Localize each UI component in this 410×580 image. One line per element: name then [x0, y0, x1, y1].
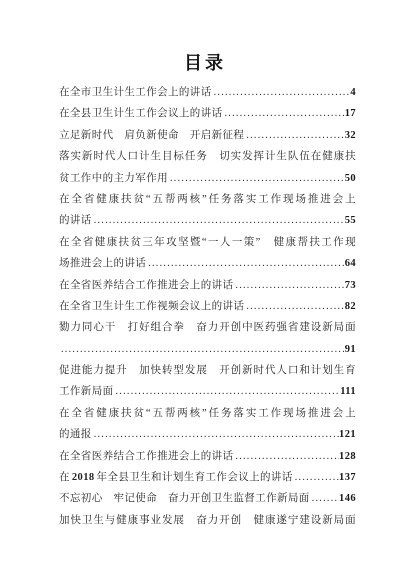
toc-entry-text: 加快卫生与健康事业发展 奋力开创 健康遂宁建设新局面	[59, 515, 356, 526]
toc-entry-text: 在全省健康扶贫“五帮两核”任务落实工作现场推进会上	[59, 194, 356, 205]
toc-line[interactable]: 在全省健康扶贫“五帮两核”任务落实工作现场推进会上	[59, 189, 356, 210]
page-number: 17	[345, 103, 356, 124]
page-number: 50	[345, 168, 356, 189]
dot-leader: ........................................…	[233, 446, 339, 467]
toc-entry-text: 的通报	[59, 424, 92, 445]
toc-entry-text: 在全县卫生计生工作会议上的讲话	[59, 103, 223, 124]
toc-line[interactable]: ........................................…	[59, 339, 356, 360]
toc-line[interactable]: 在2018年全县卫生和计划生育工作会议上的讲话.................…	[59, 467, 356, 488]
toc-entry-text: 贫工作中的主力军作用	[59, 168, 168, 189]
page-number: 64	[345, 253, 356, 274]
page-number: 146	[339, 488, 356, 509]
page-number: 128	[339, 446, 356, 467]
page-number: 55	[345, 210, 356, 231]
dot-leader: ........................................…	[244, 125, 344, 146]
toc-entry-text: 在全省医养结合工作推进会上的讲话	[59, 275, 233, 296]
toc-line[interactable]: 工作新局面...................................…	[59, 381, 356, 402]
dot-leader: ........................................…	[244, 296, 344, 317]
page-number: 82	[345, 296, 356, 317]
page-title: 目录	[0, 53, 410, 74]
toc-entry-text: 在2018年全县卫生和计划生育工作会议上的讲话	[59, 467, 293, 488]
toc-line[interactable]: 的讲话.....................................…	[59, 210, 356, 231]
toc-line[interactable]: 在全省健康扶贫“五帮两核”任务落实工作现场推进会上	[59, 403, 356, 424]
toc-entry-text: 勠力同心干 打好组合拳 奋力开创中医药强省建设新局面	[59, 322, 356, 333]
toc-entry-text: 促进能力提升 加快转型发展 开创新时代人口和计划生育	[59, 365, 356, 376]
inline-number: 2018	[70, 472, 97, 483]
toc-line[interactable]: 立足新时代 肩负新使命 开启新征程.......................…	[59, 125, 356, 146]
toc-entry-text: 在全省健康扶贫“五帮两核”任务落实工作现场推进会上	[59, 408, 356, 419]
toc-line[interactable]: 在全市卫生计生工作会上的讲话..........................…	[59, 82, 356, 103]
toc-entry-text: 在全省健康扶贫三年攻坚暨“一人一策” 健康帮扶工作现	[59, 237, 356, 248]
toc-line[interactable]: 落实新时代人口计生目标任务 切实发挥计生队伍在健康扶	[59, 146, 356, 167]
dot-leader: ........................................…	[114, 381, 341, 402]
page-number: 137	[339, 467, 356, 488]
dot-leader: ........................................…	[59, 339, 345, 360]
dot-leader: ........................................…	[168, 168, 345, 189]
dot-leader: ........................................…	[233, 275, 344, 296]
toc-line[interactable]: 在全县卫生计生工作会议上的讲话.........................…	[59, 103, 356, 124]
page-number: 121	[339, 424, 356, 445]
page-number: 4	[350, 82, 356, 103]
toc-line[interactable]: 场推进会上的讲话................................…	[59, 253, 356, 274]
toc-line[interactable]: 加快卫生与健康事业发展 奋力开创 健康遂宁建设新局面	[59, 510, 356, 531]
toc-line[interactable]: 在全省医养结合工作推进会上的讲话........................…	[59, 275, 356, 296]
toc-line[interactable]: 在全省健康扶贫三年攻坚暨“一人一策” 健康帮扶工作现	[59, 232, 356, 253]
toc-line[interactable]: 的通报.....................................…	[59, 424, 356, 445]
dot-leader: ........................................…	[92, 210, 345, 231]
toc-entry-text: 落实新时代人口计生目标任务 切实发挥计生队伍在健康扶	[59, 151, 356, 162]
dot-leader: ........................................…	[223, 103, 345, 124]
toc-line[interactable]: 不忘初心 牢记使命 奋力开创卫生监督工作新局面.................…	[59, 488, 356, 509]
toc-entry-text: 场推进会上的讲话	[59, 253, 146, 274]
toc-line[interactable]: 在全省卫生计生工作视频会议上的讲话.......................…	[59, 296, 356, 317]
dot-leader: ........................................…	[310, 488, 339, 509]
page-number: 32	[345, 125, 356, 146]
dot-leader: ........................................…	[92, 424, 339, 445]
toc-line[interactable]: 在全省医养结合工作推进会上的讲话........................…	[59, 446, 356, 467]
dot-leader: ........................................…	[212, 82, 351, 103]
toc-line[interactable]: 促进能力提升 加快转型发展 开创新时代人口和计划生育	[59, 360, 356, 381]
toc-entry-text: 工作新局面	[59, 381, 114, 402]
toc-line[interactable]: 贫工作中的主力军作用..............................…	[59, 168, 356, 189]
document-page: 目录 在全市卫生计生工作会上的讲话.......................…	[0, 0, 410, 580]
toc-entry-text: 在全市卫生计生工作会上的讲话	[59, 82, 212, 103]
toc-entry-text: 不忘初心 牢记使命 奋力开创卫生监督工作新局面	[59, 488, 310, 509]
toc-entry-text: 在全省医养结合工作推进会上的讲话	[59, 446, 233, 467]
toc-list: 在全市卫生计生工作会上的讲话..........................…	[0, 82, 410, 531]
page-number: 91	[345, 339, 356, 360]
page-number: 73	[345, 275, 356, 296]
dot-leader: ........................................…	[293, 467, 339, 488]
toc-entry-text: 在全省卫生计生工作视频会议上的讲话	[59, 296, 244, 317]
toc-entry-text: 立足新时代 肩负新使命 开启新征程	[59, 125, 244, 146]
page-number: 111	[340, 381, 356, 402]
toc-line[interactable]: 勠力同心干 打好组合拳 奋力开创中医药强省建设新局面	[59, 317, 356, 338]
toc-entry-text: 的讲话	[59, 210, 92, 231]
dot-leader: ........................................…	[146, 253, 344, 274]
